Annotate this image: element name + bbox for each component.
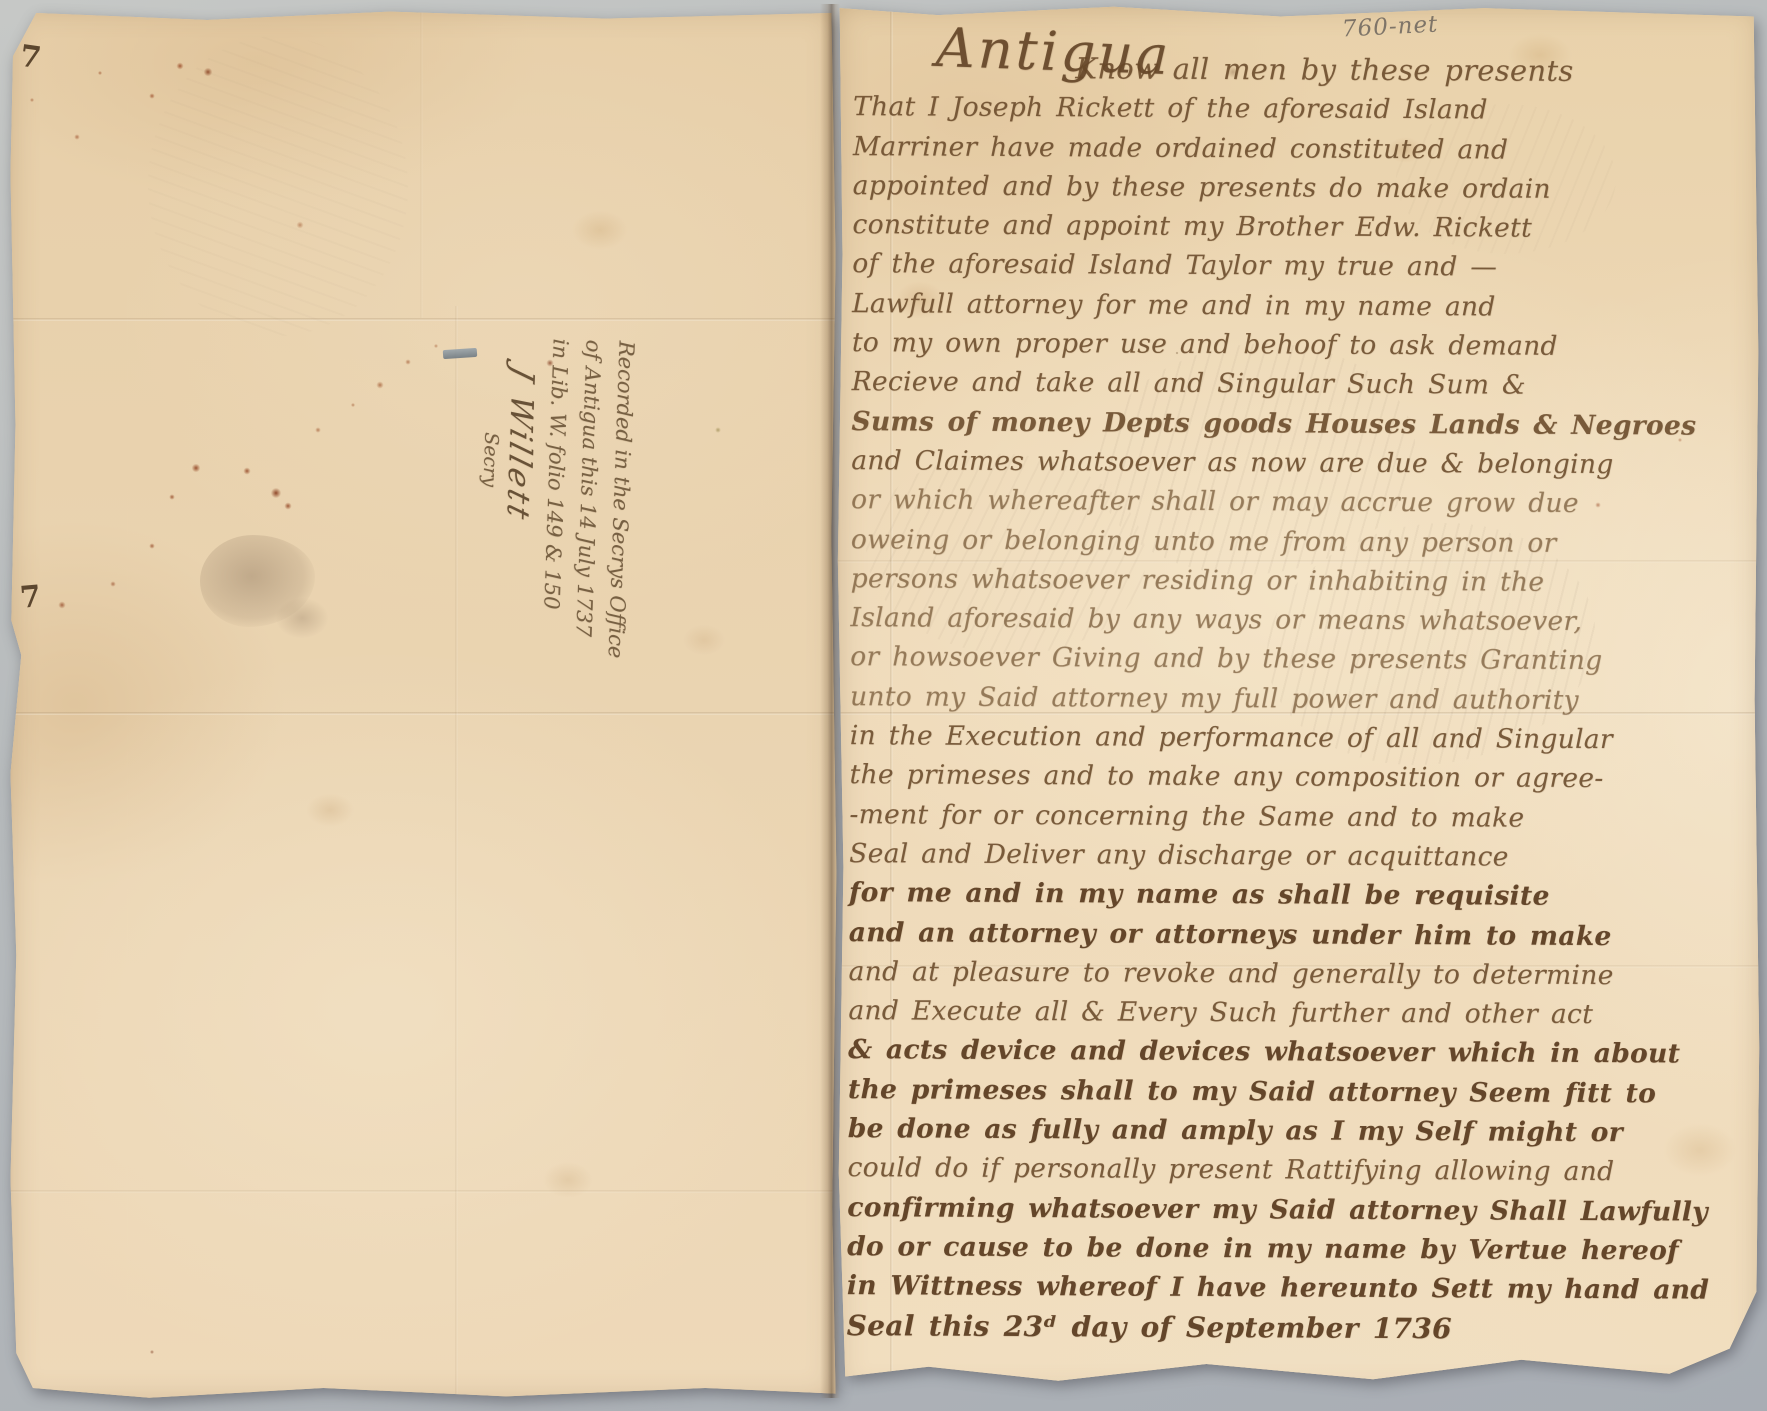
- body-line: for me and in my name as shall be requis…: [849, 873, 1571, 916]
- manuscript-body: Know all men by these presentsThat I Jos…: [847, 48, 1576, 1349]
- body-line: could do if personally present Rattifyin…: [847, 1148, 1569, 1191]
- left-page: 7 7 Recorded in the Secrys Officeof Anti…: [8, 6, 838, 1402]
- body-line: constitute and appoint my Brother Edw. R…: [852, 205, 1574, 248]
- body-line: to my own proper use and behoof to ask d…: [852, 323, 1574, 366]
- manuscript-scene: 7 7 Recorded in the Secrys Officeof Anti…: [0, 0, 1767, 1411]
- body-line: -ment for or concerning the Same and to …: [849, 795, 1571, 838]
- body-line: in the Execution and performance of all …: [850, 716, 1572, 759]
- page-seam: [820, 4, 840, 1398]
- body-line: confirming whatsoever my Said attorney S…: [847, 1188, 1569, 1231]
- staple-mark: [443, 348, 478, 359]
- body-line: and Claimes whatsoever as now are due & …: [851, 441, 1573, 484]
- endorsement-block: Recorded in the Secrys Officeof Antigua …: [465, 336, 642, 698]
- body-line: of the aforesaid Island Taylor my true a…: [852, 245, 1574, 288]
- body-line: the primeses shall to my Said attorney S…: [848, 1070, 1570, 1113]
- fold-crease: [8, 1190, 838, 1193]
- fold-crease: [8, 712, 838, 715]
- pencil-note: 760-net: [1341, 11, 1439, 42]
- body-line: appointed and by these presents do make …: [853, 166, 1575, 209]
- body-line: and at pleasure to revoke and generally …: [848, 952, 1570, 995]
- body-line: or which whereafter shall or may accrue …: [851, 480, 1573, 523]
- body-line: be done as fully and amply as I my Self …: [848, 1109, 1570, 1152]
- right-page: 760-net Antigua Know all men by these pr…: [836, 4, 1762, 1396]
- fold-crease: [455, 306, 458, 1402]
- body-line: and an attorney or attorneys under him t…: [849, 913, 1571, 956]
- body-line: persons whatsoever residing or inhabitin…: [851, 559, 1573, 602]
- body-line: Marriner have made ordained constituted …: [853, 127, 1575, 170]
- body-line: Island aforesaid by any ways or means wh…: [850, 598, 1572, 641]
- body-line: & acts device and devices whatsoever whi…: [848, 1031, 1570, 1074]
- fold-crease: [8, 318, 838, 321]
- body-line: Lawfull attorney for me and in my name a…: [852, 284, 1574, 327]
- body-line: Know all men by these presents: [1075, 49, 1575, 91]
- endorsement-lines: Recorded in the Secrys Officeof Antigua …: [531, 338, 642, 697]
- ink-showthrough: [143, 32, 413, 341]
- edge-ink-mark: 7: [18, 39, 44, 77]
- body-line: or howsoever Giving and by these present…: [850, 638, 1572, 681]
- body-line: Recieve and take all and Singular Such S…: [852, 362, 1574, 405]
- left-page-paper: 7 7 Recorded in the Secrys Officeof Anti…: [8, 6, 838, 1402]
- edge-ink-mark: 7: [19, 579, 43, 616]
- fold-crease: [420, 6, 423, 318]
- water-stain: [276, 598, 328, 638]
- body-line: and Execute all & Every Such further and…: [848, 991, 1570, 1034]
- body-line: the primeses and to make any composition…: [849, 755, 1571, 798]
- body-line: Sums of money Depts goods Houses Lands &…: [851, 402, 1573, 445]
- body-line: oweing or belonging unto me from any per…: [851, 520, 1573, 563]
- body-line: unto my Said attorney my full power and …: [850, 677, 1572, 720]
- body-line: do or cause to be done in my name by Ver…: [847, 1227, 1569, 1270]
- body-line: That I Joseph Rickett of the aforesaid I…: [853, 87, 1575, 130]
- body-line: Seal and Deliver any discharge or acquit…: [849, 834, 1571, 877]
- body-line: in Wittness whereof I have hereunto Sett…: [847, 1266, 1569, 1309]
- right-page-paper: 760-net Antigua Know all men by these pr…: [836, 4, 1762, 1396]
- body-line: Seal this 23ᵈ day of September 1736: [847, 1306, 1569, 1349]
